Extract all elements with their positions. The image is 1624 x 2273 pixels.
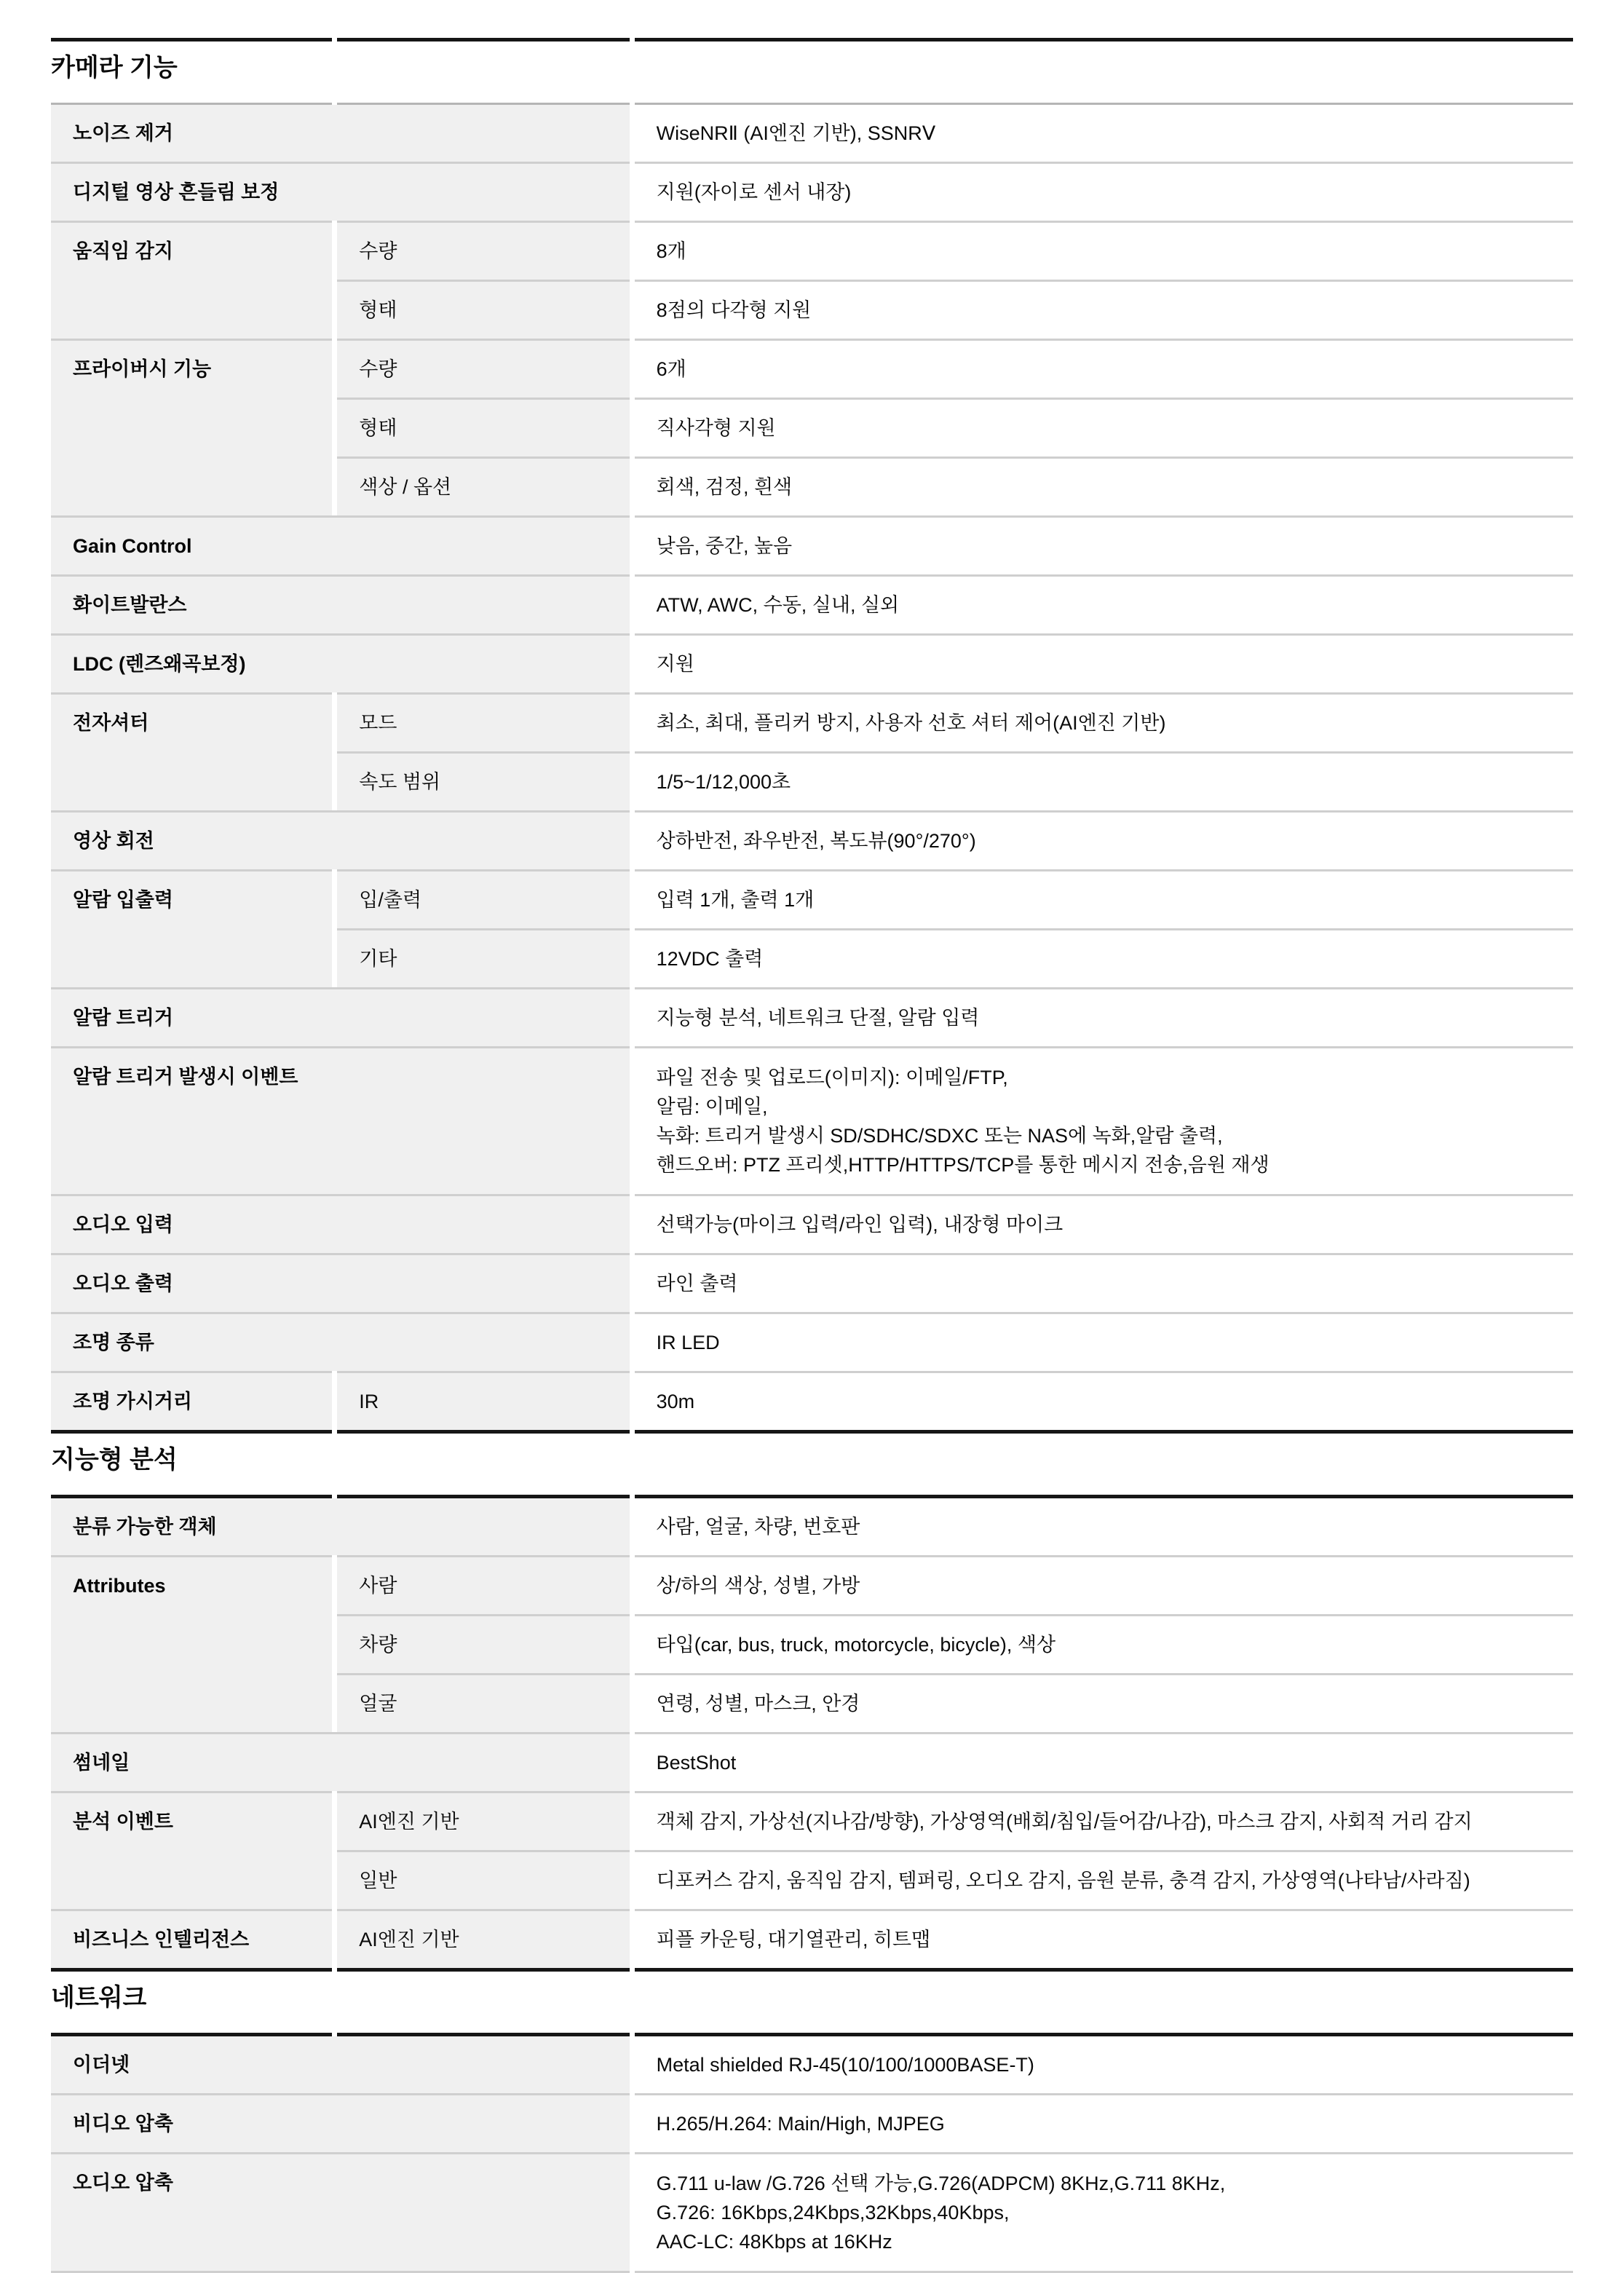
spec-value: ATW, AWC, 수동, 실내, 실외 (635, 574, 1573, 633)
spec-row: 오디오 압축G.711 u-law /G.726 선택 가능,G.726(ADP… (51, 2152, 1573, 2273)
spec-label: 조명 종류 (51, 1312, 630, 1371)
spec-value: 사람, 얼굴, 차량, 번호판 (635, 1498, 1573, 1555)
spec-label: 노이즈 제거 (51, 105, 630, 162)
spec-label: 비즈니스 인텔리전스 (51, 1909, 332, 1972)
spec-sublabel: 차량 (337, 1614, 629, 1673)
spec-label: 움직임 감지 (51, 221, 332, 339)
spec-row: 영상 회전상하반전, 좌우반전, 복도뷰(90°/270°) (51, 810, 1573, 869)
spec-value-line: G.711 u-law /G.726 선택 가능,G.726(ADPCM) 8K… (657, 2169, 1551, 2198)
spec-value: 6개 (635, 339, 1573, 398)
spec-sublabel: 기타 (337, 928, 629, 987)
spec-sublabel: 사람 (337, 1555, 629, 1614)
spec-value: 입력 1개, 출력 1개 (635, 869, 1573, 928)
spec-value: 8점의 다각형 지원 (635, 280, 1573, 339)
spec-label: 화이트발란스 (51, 574, 630, 633)
spec-value: BestShot (635, 1732, 1573, 1791)
spec-value: H.265/H.264: Main/High, MJPEG (635, 2093, 1573, 2152)
section-title-cell: 지능형 분석 (51, 1434, 332, 1498)
spec-row: 프라이버시 기능수량6개 (51, 339, 1573, 398)
spec-value-line: 파일 전송 및 업로드(이미지): 이메일/FTP, (657, 1063, 1551, 1092)
spec-value-line: AAC-LC: 48Kbps at 16KHz (657, 2227, 1551, 2256)
spec-sublabel: 형태 (337, 398, 629, 456)
spec-row: 알람 트리거지능형 분석, 네트워크 단절, 알람 입력 (51, 987, 1573, 1046)
spec-sublabel: 입/출력 (337, 869, 629, 928)
section-title-cell: 카메라 기능 (51, 38, 332, 105)
spec-label: 알람 트리거 발생시 이벤트 (51, 1046, 630, 1194)
section-title: 카메라 기능 (51, 54, 178, 82)
spec-label: 알람 트리거 (51, 987, 630, 1046)
spec-value: 상하반전, 좌우반전, 복도뷰(90°/270°) (635, 810, 1573, 869)
spec-value: 지능형 분석, 네트워크 단절, 알람 입력 (635, 987, 1573, 1046)
section-header-spacer (635, 1972, 1573, 2036)
spec-value: IR LED (635, 1312, 1573, 1371)
spec-value-line: 알림: 이메일, (657, 1092, 1551, 1121)
spec-value: 피플 카운팅, 대기열관리, 히트맵 (635, 1909, 1573, 1972)
spec-row: 분석 이벤트AI엔진 기반객체 감지, 가상선(지나감/방향), 가상영역(배회… (51, 1791, 1573, 1850)
spec-label: 영상 회전 (51, 810, 630, 869)
spec-label: 분류 가능한 객체 (51, 1498, 630, 1555)
spec-label: 비디오 압축 (51, 2093, 630, 2152)
spec-row: 비즈니스 인텔리전스AI엔진 기반피플 카운팅, 대기열관리, 히트맵 (51, 1909, 1573, 1972)
spec-sublabel: 색상 / 옵션 (337, 456, 629, 515)
spec-label: 조명 가시거리 (51, 1371, 332, 1434)
spec-label: 전자셔터 (51, 692, 332, 810)
spec-value-line: 녹화: 트리거 발생시 SD/SDHC/SDXC 또는 NAS에 녹화,알람 출… (657, 1121, 1551, 1150)
spec-sublabel: 수량 (337, 221, 629, 280)
spec-label: 프라이버시 기능 (51, 339, 332, 515)
spec-row: 비디오 압축H.265/H.264: Main/High, MJPEG (51, 2093, 1573, 2152)
spec-sublabel: 모드 (337, 692, 629, 751)
spec-label: 알람 입출력 (51, 869, 332, 987)
spec-value-line: 핸드오버: PTZ 프리셋,HTTP/HTTPS/TCP를 통한 메시지 전송,… (657, 1150, 1551, 1179)
spec-row: 움직임 감지수량8개 (51, 221, 1573, 280)
section-title: 네트워크 (51, 1984, 146, 2012)
spec-label: Gain Control (51, 515, 630, 574)
spec-value: 최소, 최대, 플리커 방지, 사용자 선호 셔터 제어(AI엔진 기반) (635, 692, 1573, 751)
spec-value: 낮음, 중간, 높음 (635, 515, 1573, 574)
section-title-cell: 네트워크 (51, 1972, 332, 2036)
section-header-row: 카메라 기능 (51, 38, 1573, 105)
spec-value: 1/5~1/12,000초 (635, 751, 1573, 810)
spec-value: 지원 (635, 633, 1573, 692)
spec-value: Metal shielded RJ-45(10/100/1000BASE-T) (635, 2036, 1573, 2093)
spec-row: 오디오 출력라인 출력 (51, 1253, 1573, 1312)
spec-label: LDC (렌즈왜곡보정) (51, 633, 630, 692)
spec-row: 전자셔터모드최소, 최대, 플리커 방지, 사용자 선호 셔터 제어(AI엔진 … (51, 692, 1573, 751)
spec-row: 조명 종류IR LED (51, 1312, 1573, 1371)
section-header-spacer (635, 1434, 1573, 1498)
spec-value: 연령, 성별, 마스크, 안경 (635, 1673, 1573, 1732)
spec-row: LDC (렌즈왜곡보정)지원 (51, 633, 1573, 692)
spec-label: 오디오 입력 (51, 1194, 630, 1253)
spec-value: 지원(자이로 센서 내장) (635, 162, 1573, 221)
spec-sheet-document: 카메라 기능 노이즈 제거WiseNRⅡ (AI엔진 기반), SSNRⅤ디지털… (0, 0, 1624, 2273)
spec-label: 오디오 출력 (51, 1253, 630, 1312)
spec-label: 오디오 압축 (51, 2152, 630, 2273)
section-header-spacer (635, 38, 1573, 105)
spec-value: 타입(car, bus, truck, motorcycle, bicycle)… (635, 1614, 1573, 1673)
spec-sublabel: AI엔진 기반 (337, 1909, 629, 1972)
spec-row: Gain Control낮음, 중간, 높음 (51, 515, 1573, 574)
spec-table-intelligent-analytics: 지능형 분석 분류 가능한 객체사람, 얼굴, 차량, 번호판Attribute… (46, 1434, 1578, 1972)
section-header-row: 지능형 분석 (51, 1434, 1573, 1498)
spec-value: G.711 u-law /G.726 선택 가능,G.726(ADPCM) 8K… (635, 2152, 1573, 2273)
spec-value: 회색, 검정, 흰색 (635, 456, 1573, 515)
spec-value: 디포커스 감지, 움직임 감지, 템퍼링, 오디오 감지, 음원 분류, 충격 … (635, 1850, 1573, 1909)
spec-value: 선택가능(마이크 입력/라인 입력), 내장형 마이크 (635, 1194, 1573, 1253)
spec-row: 오디오 입력선택가능(마이크 입력/라인 입력), 내장형 마이크 (51, 1194, 1573, 1253)
section-header-spacer (337, 38, 629, 105)
spec-label: 분석 이벤트 (51, 1791, 332, 1909)
spec-row: 분류 가능한 객체사람, 얼굴, 차량, 번호판 (51, 1498, 1573, 1555)
spec-table-camera-features: 카메라 기능 노이즈 제거WiseNRⅡ (AI엔진 기반), SSNRⅤ디지털… (46, 38, 1578, 1434)
spec-value: 라인 출력 (635, 1253, 1573, 1312)
spec-row: 알람 트리거 발생시 이벤트파일 전송 및 업로드(이미지): 이메일/FTP,… (51, 1046, 1573, 1194)
spec-value-line: G.726: 16Kbps,24Kbps,32Kbps,40Kbps, (657, 2198, 1551, 2227)
section-header-row: 네트워크 (51, 1972, 1573, 2036)
spec-sublabel: 얼굴 (337, 1673, 629, 1732)
spec-label: 이더넷 (51, 2036, 630, 2093)
spec-sublabel: AI엔진 기반 (337, 1791, 629, 1850)
spec-value: 직사각형 지원 (635, 398, 1573, 456)
spec-sublabel: 속도 범위 (337, 751, 629, 810)
spec-row: 디지털 영상 흔들림 보정지원(자이로 센서 내장) (51, 162, 1573, 221)
spec-row: 조명 가시거리IR30m (51, 1371, 1573, 1434)
spec-value: 객체 감지, 가상선(지나감/방향), 가상영역(배회/침입/들어감/나감), … (635, 1791, 1573, 1850)
spec-value: WiseNRⅡ (AI엔진 기반), SSNRⅤ (635, 105, 1573, 162)
section-header-spacer (337, 1434, 629, 1498)
spec-sublabel: 수량 (337, 339, 629, 398)
spec-row: 썸네일BestShot (51, 1732, 1573, 1791)
section-header-spacer (337, 1972, 629, 2036)
spec-label: 썸네일 (51, 1732, 630, 1791)
spec-sublabel: 형태 (337, 280, 629, 339)
spec-label: 디지털 영상 흔들림 보정 (51, 162, 630, 221)
spec-row: 알람 입출력입/출력입력 1개, 출력 1개 (51, 869, 1573, 928)
spec-value: 30m (635, 1371, 1573, 1434)
spec-value: 파일 전송 및 업로드(이미지): 이메일/FTP,알림: 이메일,녹화: 트리… (635, 1046, 1573, 1194)
spec-row: 이더넷Metal shielded RJ-45(10/100/1000BASE-… (51, 2036, 1573, 2093)
spec-value: 상/하의 색상, 성별, 가방 (635, 1555, 1573, 1614)
spec-row: Attributes사람상/하의 색상, 성별, 가방 (51, 1555, 1573, 1614)
spec-value: 12VDC 출력 (635, 928, 1573, 987)
spec-value: 8개 (635, 221, 1573, 280)
spec-label: Attributes (51, 1555, 332, 1732)
spec-row: 화이트발란스ATW, AWC, 수동, 실내, 실외 (51, 574, 1573, 633)
spec-row: 노이즈 제거WiseNRⅡ (AI엔진 기반), SSNRⅤ (51, 105, 1573, 162)
spec-table-network: 네트워크 이더넷Metal shielded RJ-45(10/100/1000… (46, 1972, 1578, 2273)
spec-sublabel: IR (337, 1371, 629, 1434)
section-title: 지능형 분석 (51, 1446, 178, 1474)
spec-sublabel: 일반 (337, 1850, 629, 1909)
